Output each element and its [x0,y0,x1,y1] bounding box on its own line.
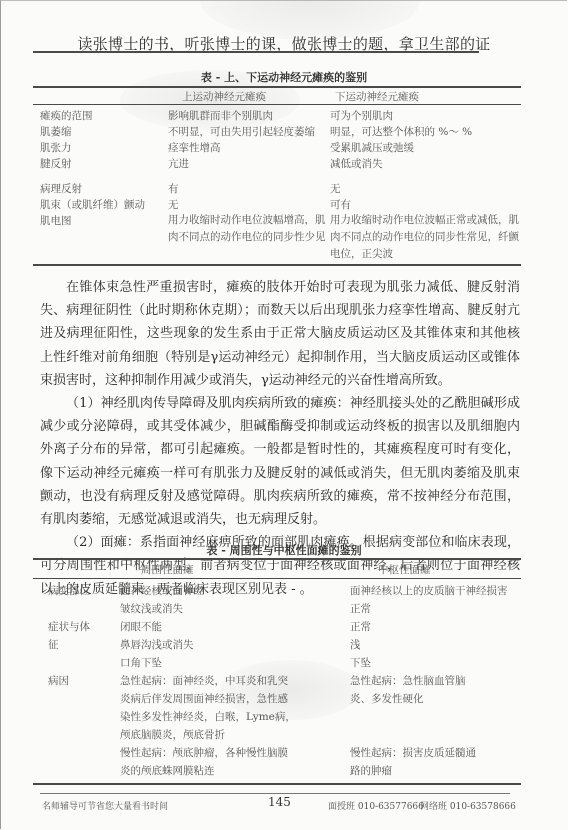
table2-cell-central: 正常 [350,601,371,616]
table1-row-label: 腱反射 [40,156,72,171]
table2-cell-peripheral: 面神经核或面神经 [120,583,204,598]
table1-cell-upper: 亢进 [168,156,189,171]
table1-cell-lower: 受累肌减压或弛缓 [330,140,414,155]
table1-header-upper: 上运动神经元瘫痪 [182,89,266,104]
footer-rule [40,793,510,794]
table2-bottom-rule [33,783,521,785]
table1-cell-upper: 不明显，可由失用引起轻度萎缩 [168,124,315,139]
table2-cell-central: 下坠 [350,655,371,670]
table1-cell-lower: 无 [330,181,341,196]
table1-row-label: 肌萎缩 [40,124,72,139]
table1-cell-lower: 用力收缩时动作电位波幅正常或减低，肌肉不同点的动作电位的同步性常见，纤颤电位，正… [330,212,520,263]
footer-contact-online: 网络班 010-63578666 [420,799,516,812]
page-number: 145 [268,795,291,809]
table1-header-rule [33,104,521,105]
table2-cell-central: 慢性起病：损害皮质延髓通路的肿瘤 [350,744,478,780]
table1-caption: 表 - 上、下运动神经元瘫痪的鉴别 [0,69,568,85]
table1-row-label: 病理反射 [40,181,82,196]
table1-cell-upper: 痉挛性增高 [168,140,221,155]
paragraph-pyramidal: 在锥体束急性严重损害时，瘫痪的肢体开始时可表现为肌张力减低、腱反射消失、病理征阴… [40,276,520,392]
table2-header-central: 中枢性面瘫 [378,562,431,577]
table1-row-label: 肌张力 [40,140,72,155]
table1-header-lower: 下运动神经元瘫痪 [335,89,419,104]
table2-row-label: 症状与体 [48,619,90,634]
table1-cell-upper: 影响肌群而非个别肌肉 [168,108,273,123]
table2-cell-peripheral: 闭眼不能 [120,619,162,634]
footer-contact-classroom: 面授班 010-63577666 [328,799,424,812]
table2-cell-peripheral: 口角下坠 [120,655,162,670]
table1-cell-lower: 可有 [330,197,351,212]
table1-top-rule [33,86,521,88]
table2-caption: 表 - 周围性与中枢性面瘫的鉴别 [0,542,568,558]
table2-top-rule [33,558,521,560]
table1-cell-upper: 有 [168,181,179,196]
table1-row-label: 瘫痪的范围 [40,108,93,123]
footer-slogan: 名师辅导可节省您大量看书时间 [42,799,168,812]
table2-cell-central: 面神经核以上的皮质脑干神经损害 [350,583,508,598]
table1-cell-upper: 无 [168,197,179,212]
table2-cell-central: 正常 [350,619,371,634]
table2-cell-peripheral: 鼻唇沟浅或消失 [120,637,194,652]
table1-row-label: 肌电图 [40,213,72,228]
table2-row-label: 征 [48,637,59,652]
table2-row-label: 病变部位 [48,583,90,598]
table2-cell-central: 急性起病：急性脑血管脑炎、多发性硬化 [350,672,478,708]
table1-cell-upper: 用力收缩时动作电位波幅增高，肌肉不同点的动作电位的同步性少见 [168,212,328,246]
table1-cell-lower: 减低或消失 [330,156,383,171]
table2-cell-peripheral: 慢性起病：颅底肿瘤，各种慢性脑膜炎的颅底蛛网膜粘连 [120,744,298,780]
table1-bottom-rule [33,264,521,266]
table1-row-label: 肌束（或肌纤维）颤动 [40,197,145,212]
table2-cell-central: 浅 [350,637,361,652]
table2-header-peripheral: 周围性面瘫 [141,562,194,577]
table1-cell-lower: 可为个别肌肉 [330,108,393,123]
table1-cell-lower: 明显，可达整个体积的 %～ % [330,124,472,139]
header-rule [33,51,479,53]
table2-cell-peripheral: 皱纹浅或消失 [120,601,183,616]
paragraph-neuromuscular: （1）神经肌肉传导障碍及肌肉疾病所致的瘫痪：神经肌接头处的乙酰胆碱形成减少或分泌… [40,392,520,531]
table2-cell-peripheral: 急性起病：面神经炎，中耳炎和乳突炎病后伴发周围面神经损害，急性感染性多发性神经炎… [120,672,298,744]
table2-row-label: 病因 [48,673,69,688]
table2-header-rule [33,578,521,579]
